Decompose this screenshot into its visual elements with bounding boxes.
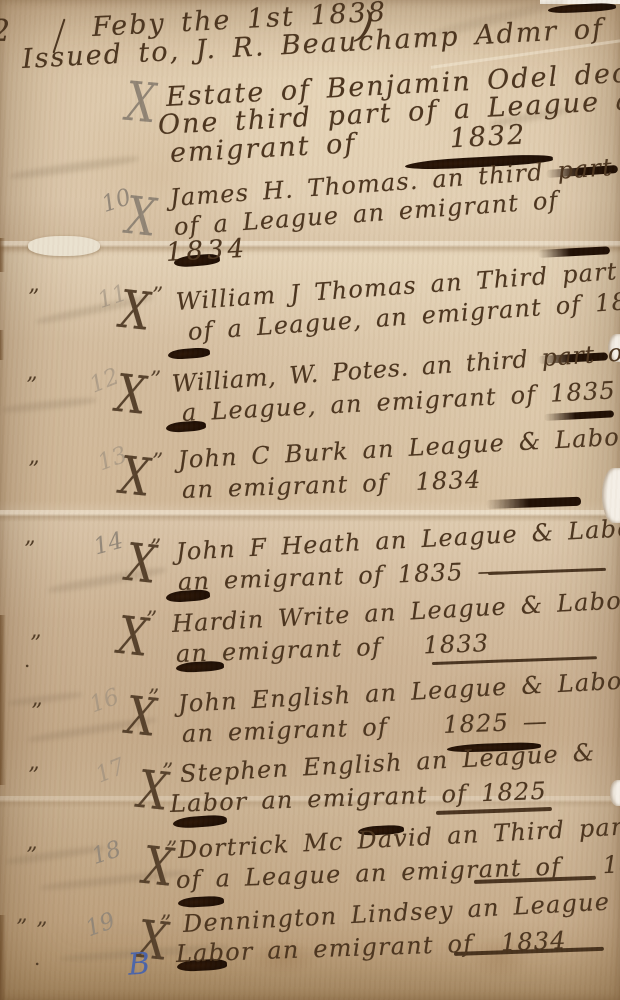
ditto-mark: ” (152, 286, 163, 308)
edge-shadow (0, 615, 6, 785)
ink-dash (538, 246, 610, 258)
check-mark: X (118, 449, 151, 505)
blue-letter-mark: B (127, 949, 151, 980)
ditto-mark: ” (146, 610, 157, 632)
edge-shadow (0, 915, 6, 1000)
bleed-through-mark (8, 691, 83, 707)
pencil-number: 19 (83, 910, 118, 942)
ditto-mark: ” (166, 840, 177, 862)
ditto-mark: ” (152, 452, 163, 474)
edge-shadow (0, 330, 4, 360)
ditto-mark: ” (36, 921, 47, 943)
bleed-through-mark (2, 396, 97, 414)
paper-damage-patch (28, 236, 100, 256)
page-number: 2 (0, 14, 12, 49)
check-mark: X (114, 367, 147, 423)
check-mark: X (125, 74, 158, 131)
ditto-mark: ” (16, 918, 27, 940)
ditto-mark: ” (160, 914, 171, 936)
ink-dot: . (34, 948, 40, 968)
ink-blot (168, 347, 211, 360)
ditto-mark: ” (28, 460, 39, 482)
entry-line: 1834 (165, 234, 249, 268)
ditto-mark: ” (26, 846, 37, 868)
ink-dot: . (24, 650, 30, 670)
ditto-mark: ” (28, 766, 39, 788)
check-mark: X (124, 189, 157, 245)
ditto-mark: ” (26, 376, 37, 398)
entry-line: John English an League & Labor (177, 666, 620, 718)
pencil-number: 14 (92, 530, 126, 560)
ink-blot (178, 896, 224, 908)
ditto-mark: ” (150, 538, 161, 560)
ink-rule (436, 807, 552, 815)
ditto-mark: ” (31, 702, 42, 724)
pencil-number: 18 (89, 838, 124, 869)
edge-tear (610, 780, 620, 806)
ink-dash (544, 410, 614, 421)
check-mark: X (118, 283, 151, 339)
ditto-mark: ” (24, 540, 35, 562)
document-page: 2 Feby the 1st 1838 ) Issued to, J. R. B… (0, 0, 620, 1000)
entry-line: John C Burk an League & Labor (177, 422, 620, 474)
ditto-mark: ” (30, 634, 41, 656)
ditto-mark: ” (28, 288, 39, 310)
check-mark: X (116, 609, 149, 665)
ditto-mark: ” (148, 688, 159, 710)
pencil-number: 16 (87, 686, 122, 718)
edge-shadow (0, 238, 5, 272)
ink-blot (548, 2, 616, 14)
bleed-through-mark (9, 154, 139, 181)
entry-line: John F Heath an League & Labor (175, 513, 620, 566)
ink-rule (488, 568, 606, 575)
pencil-number: 17 (93, 755, 129, 787)
ditto-mark: ” (150, 370, 161, 392)
ditto-mark: ” (162, 762, 173, 784)
ink-dash (486, 497, 581, 509)
